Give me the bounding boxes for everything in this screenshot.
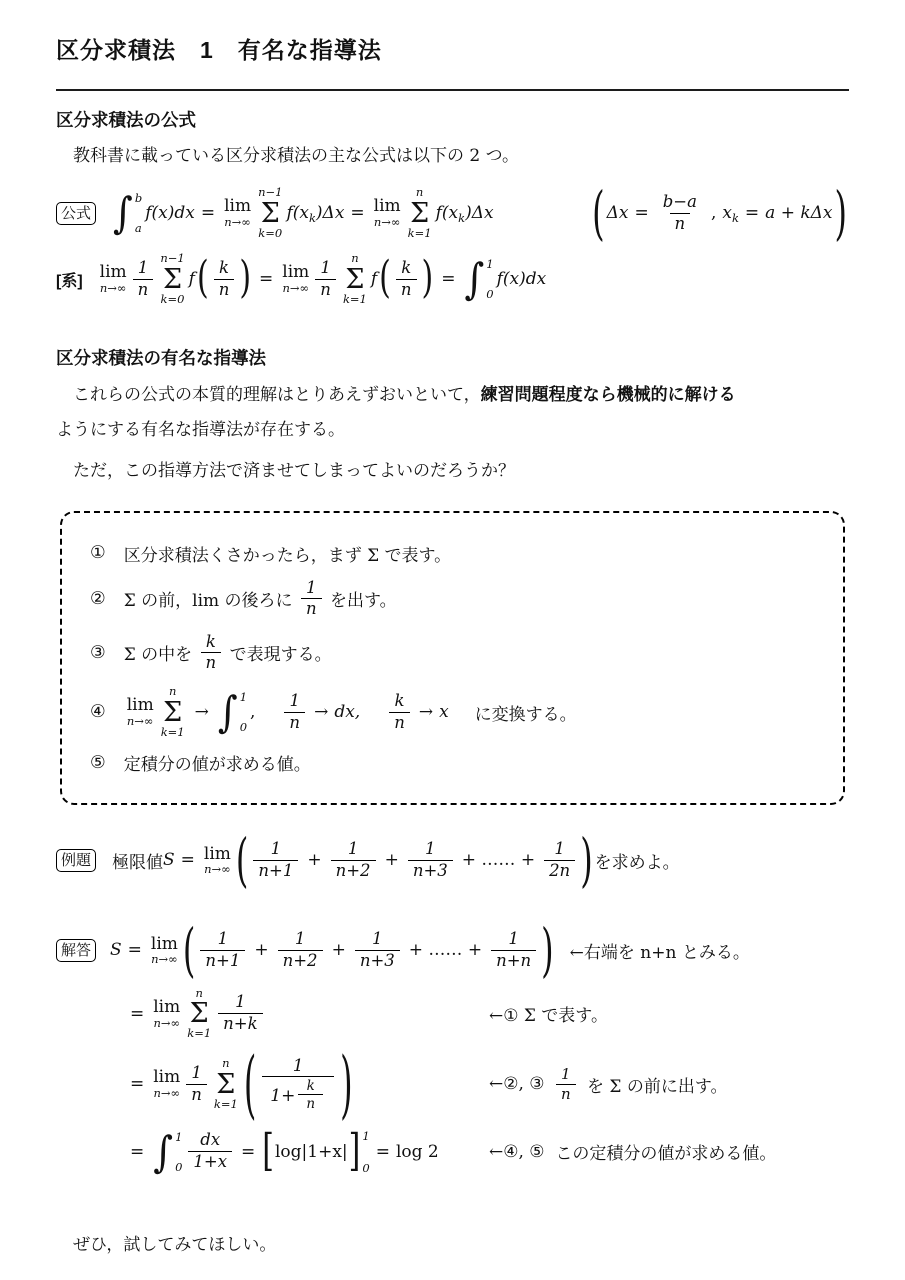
fraction: 1 n xyxy=(315,258,336,300)
equals-sign: = xyxy=(201,203,215,223)
page-title: 区分求積法 1 有名な指導法 xyxy=(56,32,849,65)
equals-sign: = xyxy=(259,269,273,289)
lim-symbol: lim n→∞ xyxy=(127,696,154,727)
fraction: dx 1+x xyxy=(188,1130,232,1172)
fraction-numerator: 1 xyxy=(213,929,234,950)
method-question: ただ，この指導方法で済ませてしまってよいのだろうか？ xyxy=(56,455,849,488)
term-subscript: k xyxy=(458,211,465,225)
step-item-4: ④ lim n→∞ n Σ k=1 → ∫ 1 0 xyxy=(90,686,815,738)
sum-symbol: n Σ k=1 xyxy=(161,686,185,738)
fraction-denominator: n+k xyxy=(218,1013,262,1035)
sigma-glyph: Σ xyxy=(190,999,209,1028)
fraction-numerator: 1 xyxy=(186,1063,207,1084)
f-var: f xyxy=(189,269,195,289)
sum-symbol: n−1 Σ k=0 xyxy=(258,187,282,239)
fraction: 1 n+n xyxy=(491,929,536,971)
plus-sign: + xyxy=(307,850,321,870)
example-lead: 極限値 xyxy=(112,848,163,873)
sum-lower: k=1 xyxy=(343,294,367,306)
integral-symbol: ∫ 1 0 xyxy=(153,1130,182,1174)
sigma-glyph: Σ xyxy=(345,265,364,294)
step-item-1: ① 区分求積法くさかったら，まず Σ で表す。 xyxy=(90,541,815,566)
integral-limits: b a xyxy=(135,191,142,235)
fraction: 1 n+1 xyxy=(200,929,245,971)
lim-symbol: lim n→∞ xyxy=(100,263,127,294)
fraction-numerator: k xyxy=(396,258,416,279)
fraction-numerator: 1 xyxy=(230,992,251,1013)
sum-lower: k=1 xyxy=(187,1028,211,1040)
method-paragraph-line1: これらの公式の本質的理解はとりあえずおいといて，練習問題程度なら機械的に解ける xyxy=(56,378,849,412)
fraction-numerator: 1 xyxy=(301,578,322,599)
step-text-tail: に変換する。 xyxy=(475,700,577,725)
equals-sign: = xyxy=(350,203,364,223)
x-var: x xyxy=(722,203,732,223)
circled-number-2: ② xyxy=(90,589,106,609)
sum-upper: n−1 xyxy=(160,253,184,265)
close-paren: ) xyxy=(239,257,251,301)
open-paren: ( xyxy=(183,922,195,980)
lim-word: lim xyxy=(151,935,178,954)
integral-upper: 1 xyxy=(486,257,493,271)
open-paren: ( xyxy=(236,831,248,889)
fraction: 1 n xyxy=(301,578,322,620)
fraction: k n xyxy=(214,258,235,300)
lim-under: n→∞ xyxy=(153,1087,180,1100)
answer-line-4: = ∫ 1 0 dx 1+x = [ log|1+x| ] 1 xyxy=(56,1129,849,1175)
integrand: f(x)dx xyxy=(497,269,547,289)
delta-x: Δx xyxy=(607,203,629,223)
sum-lower: k=1 xyxy=(214,1099,238,1111)
fraction: k n xyxy=(298,1079,323,1113)
open-bracket: [ xyxy=(262,1130,274,1174)
close-paren: ) xyxy=(340,1047,352,1121)
integral-limits: 1 0 xyxy=(175,1130,182,1174)
corollary-tag: [系] xyxy=(56,268,83,291)
fraction-numerator: 1 xyxy=(343,839,364,860)
condition-group: ( Δx = b−a n , xk = a + kΔx ) xyxy=(590,192,849,234)
integral-lower: a xyxy=(135,221,142,235)
plus-sign: + xyxy=(332,940,346,960)
fraction-numerator: k xyxy=(301,1079,321,1095)
fraction-denominator: 1+x xyxy=(188,1151,232,1173)
formula-tag: 公式 xyxy=(56,202,96,225)
close-paren: ) xyxy=(835,184,847,242)
step-item-5: ⑤ 定積分の値が求める値。 xyxy=(90,750,815,775)
lim-word: lim xyxy=(374,197,401,216)
sum-upper: n xyxy=(169,686,176,698)
sigma-glyph: Σ xyxy=(216,1070,235,1099)
equals-sign: = xyxy=(130,1074,144,1094)
step-text-post: で表現する。 xyxy=(224,640,331,665)
lim-word: lim xyxy=(153,998,180,1017)
integral-glyph: ∫ xyxy=(218,691,238,734)
fraction-denominator: n xyxy=(396,279,417,301)
fraction-numerator: 1 xyxy=(367,929,388,950)
intro-paragraph: 教科書に載っている区分求積法の主な公式は以下の 2 つ。 xyxy=(56,140,849,173)
answer-line-2: = lim n→∞ n Σ k=1 1 n+k ←① Σ で表す。 xyxy=(56,988,849,1040)
fraction: k n xyxy=(201,632,222,674)
term-subscript: k xyxy=(309,211,316,225)
fraction: b−a n xyxy=(658,192,702,234)
sigma-glyph: Σ xyxy=(163,265,182,294)
integral-limits: 1 0 xyxy=(240,690,247,734)
lim-word: lim xyxy=(127,696,154,715)
dx-token: dx, xyxy=(334,702,360,722)
fraction-numerator: 1 xyxy=(284,691,305,712)
sum-symbol: n Σ k=1 xyxy=(187,988,211,1040)
lim-symbol: lim n→∞ xyxy=(153,1068,180,1099)
fraction-denominator: n+1 xyxy=(253,860,298,882)
note-lead: ←②, ③ xyxy=(489,1074,550,1094)
fraction: k n xyxy=(396,258,417,300)
fraction-numerator: 1 xyxy=(420,839,441,860)
section-heading-formula: 区分求積法の公式 xyxy=(56,107,849,132)
fraction-numerator: dx xyxy=(195,1130,225,1151)
fraction-denominator: n+2 xyxy=(278,950,323,972)
sigma-glyph: Σ xyxy=(410,199,429,228)
answer-formula: S = lim n→∞ ( 1 n+1 + 1 n+2 + 1 xyxy=(110,929,556,971)
integral-lower: 0 xyxy=(175,1160,182,1174)
fraction-denominator: n+3 xyxy=(408,860,453,882)
step-text-pre: Σ の前，lim の後ろに xyxy=(124,586,298,611)
fraction-denominator: n xyxy=(389,712,410,734)
open-paren: ( xyxy=(379,257,391,301)
circled-number-1: ① xyxy=(90,543,106,563)
equals-sign: = xyxy=(181,850,195,870)
lim-symbol: lim n→∞ xyxy=(282,263,309,294)
lim-under: n→∞ xyxy=(100,282,127,295)
lim-under: n→∞ xyxy=(204,863,231,876)
fraction-numerator: 1 xyxy=(315,258,336,279)
step-item-2: ② Σ の前，lim の後ろに 1 n を出す。 xyxy=(90,578,815,620)
sum-upper: n−1 xyxy=(258,187,282,199)
sigma-glyph: Σ xyxy=(261,199,280,228)
sum-lower: k=1 xyxy=(408,228,432,240)
equals-sign: = xyxy=(376,1142,390,1162)
integral-upper: 1 xyxy=(175,1130,182,1144)
fraction-numerator: k xyxy=(214,258,234,279)
fraction-denominator: n xyxy=(214,279,235,301)
fraction-numerator: b−a xyxy=(658,192,702,213)
lim-symbol: lim n→∞ xyxy=(151,935,178,966)
equals-sign: = xyxy=(745,203,759,223)
example-tag: 例題 xyxy=(56,849,96,872)
fraction-denominator: n xyxy=(201,652,222,674)
answer-formula: = lim n→∞ n Σ k=1 1 n+k xyxy=(124,988,489,1040)
integral-upper: b xyxy=(135,191,142,205)
note-lead: ←④, ⑤ xyxy=(489,1142,550,1162)
steps-box: ① 区分求積法くさかったら，まず Σ で表す。 ② Σ の前，lim の後ろに … xyxy=(60,511,845,806)
term-post: )Δx xyxy=(465,203,494,223)
integral-symbol: ∫ 1 0 xyxy=(464,257,493,301)
bracket-limits: 1 0 xyxy=(362,1129,369,1175)
denominator-lead: 1+ xyxy=(270,1086,295,1106)
answer-line-3: = lim n→∞ 1 n n Σ k=1 ( 1 xyxy=(56,1056,849,1113)
annotation-note: ←右端を n+n とみる。 xyxy=(570,938,750,963)
s-var: S xyxy=(163,850,175,870)
example-tail: を求めよ。 xyxy=(595,848,680,873)
fraction: 1 n+2 xyxy=(331,839,376,881)
integral-lower: 0 xyxy=(240,720,247,734)
method-text-normal: これらの公式の本質的理解はとりあえずおいといて， xyxy=(73,385,481,405)
note-tail: この定積分の値が求める値。 xyxy=(550,1139,776,1164)
title-rule xyxy=(56,89,849,91)
fraction: k n xyxy=(389,691,410,733)
bracket-body: log|1+x| xyxy=(275,1142,348,1162)
nested-fraction: 1 1+ k n xyxy=(262,1056,334,1113)
integral-glyph: ∫ xyxy=(464,258,484,301)
term-pre: f(x xyxy=(286,203,309,223)
comma: , xyxy=(711,203,716,223)
s-var: S xyxy=(110,940,122,960)
plus-sign: + xyxy=(254,940,268,960)
fraction: 1 n+3 xyxy=(355,929,400,971)
integral-limits: 1 0 xyxy=(486,257,493,301)
lim-word: lim xyxy=(204,845,231,864)
lim-symbol: lim n→∞ xyxy=(374,197,401,228)
arrow-right: → xyxy=(195,702,209,722)
sum-upper: n xyxy=(416,187,423,199)
lim-under: n→∞ xyxy=(282,282,309,295)
fraction-denominator: n xyxy=(670,213,691,235)
open-paren: ( xyxy=(197,257,209,301)
bracket-upper: 1 xyxy=(362,1129,369,1143)
open-paren: ( xyxy=(592,184,604,242)
fraction-numerator: 1 xyxy=(133,258,154,279)
circled-number-4: ④ xyxy=(90,702,106,722)
answer-formula: = ∫ 1 0 dx 1+x = [ log|1+x| ] 1 xyxy=(124,1129,489,1175)
method-paragraph-line2: ようにする有名な指導法が存在する。 xyxy=(56,414,849,447)
close-paren: ) xyxy=(541,922,553,980)
ellipsis-plus: + …… + xyxy=(462,850,535,870)
fraction-denominator: n xyxy=(556,1084,576,1104)
fraction: 1 n+k xyxy=(218,992,262,1034)
sum-upper: n xyxy=(351,253,358,265)
fraction-numerator: 1 xyxy=(549,839,570,860)
fraction-denominator: n xyxy=(315,279,336,301)
equals-sign: = xyxy=(441,269,455,289)
sum-symbol: n Σ k=1 xyxy=(343,253,367,305)
fraction: 1 2n xyxy=(544,839,575,881)
fraction: 1 n+1 xyxy=(253,839,298,881)
integral-symbol: ∫ b a xyxy=(113,191,142,235)
lim-under: n→∞ xyxy=(374,216,401,229)
sum-lower: k=1 xyxy=(161,727,185,739)
fraction: 1 n+3 xyxy=(408,839,453,881)
fraction-denominator: 2n xyxy=(544,860,575,882)
sum-lower: k=0 xyxy=(258,228,282,240)
term-post: )Δx xyxy=(316,203,345,223)
circled-number-5: ⑤ xyxy=(90,753,106,773)
x-var: x xyxy=(439,702,449,722)
section-heading-method: 区分求積法の有名な指導法 xyxy=(56,345,849,370)
lim-word: lim xyxy=(282,263,309,282)
sigma-glyph: Σ xyxy=(163,698,182,727)
fraction-denominator: n xyxy=(133,279,154,301)
fraction: 1 n xyxy=(133,258,154,300)
equals-sign: = xyxy=(241,1142,255,1162)
arrow-right: → xyxy=(419,702,433,722)
fraction-numerator: 1 xyxy=(290,929,311,950)
close-paren: ) xyxy=(422,257,434,301)
note-tail: を Σ の前に出す。 xyxy=(582,1072,728,1097)
step-text: 区分求積法くさかったら，まず Σ で表す。 xyxy=(124,541,451,566)
fraction-numerator: 1 xyxy=(556,1065,576,1084)
document-page: 区分求積法 1 有名な指導法 区分求積法の公式 教科書に載っている区分求積法の主… xyxy=(0,0,905,1280)
step-text: 定積分の値が求める値。 xyxy=(124,750,311,775)
integral-upper: 1 xyxy=(240,690,247,704)
fraction-denominator: n xyxy=(284,712,305,734)
close-bracket: ] xyxy=(349,1130,361,1174)
sum-lower: k=0 xyxy=(161,294,185,306)
fraction-numerator: k xyxy=(201,632,221,653)
x-subscript: k xyxy=(732,211,739,225)
equals-sign: = xyxy=(130,1004,144,1024)
lim-symbol: lim n→∞ xyxy=(153,998,180,1029)
fraction-denominator: n+3 xyxy=(355,950,400,972)
fraction-numerator: 1 xyxy=(503,929,524,950)
close-paren: ) xyxy=(580,831,592,889)
answer-line-1: 解答 S = lim n→∞ ( 1 n+1 + 1 n+2 + xyxy=(56,929,849,971)
answer-tag: 解答 xyxy=(56,939,96,962)
annotation-note: ←① Σ で表す。 xyxy=(489,1001,608,1026)
answer-formula: = lim n→∞ 1 n n Σ k=1 ( 1 xyxy=(124,1056,489,1113)
fraction-denominator: n xyxy=(186,1084,207,1106)
bracket-lower: 0 xyxy=(362,1161,369,1175)
integral-glyph: ∫ xyxy=(153,1130,173,1173)
fraction-denominator: n xyxy=(298,1094,323,1113)
open-paren: ( xyxy=(244,1047,256,1121)
f-var: f xyxy=(371,269,377,289)
closing-paragraph: ぜひ，試してみてほしい。 xyxy=(56,1229,849,1262)
lim-under: n→∞ xyxy=(153,1017,180,1030)
equals-sign: = xyxy=(130,1142,144,1162)
fraction: 1 n xyxy=(186,1063,207,1105)
fraction-denominator: n+2 xyxy=(331,860,376,882)
fraction-numerator: 1 xyxy=(287,1056,310,1076)
lim-under: n→∞ xyxy=(127,715,154,728)
ellipsis-plus: + …… + xyxy=(409,940,482,960)
fraction-denominator: 1+ k n xyxy=(262,1076,334,1113)
lim-under: n→∞ xyxy=(224,216,251,229)
fraction-numerator: k xyxy=(390,691,410,712)
lim-word: lim xyxy=(224,197,251,216)
sum-upper: n xyxy=(222,1058,229,1070)
result-value: log 2 xyxy=(396,1142,439,1162)
plus-sign: + xyxy=(385,850,399,870)
sum-symbol: n Σ k=1 xyxy=(408,187,432,239)
method-text-bold: 練習問題程度なら機械的に解ける xyxy=(481,385,736,404)
fraction-denominator: n+n xyxy=(491,950,536,972)
term-pre: f(x xyxy=(436,203,459,223)
integral-glyph: ∫ xyxy=(113,192,133,235)
main-formula-row: 公式 ∫ b a f(x)dx = lim n→∞ n−1 Σ k=0 f(xk… xyxy=(56,187,849,239)
sum-symbol: n−1 Σ k=0 xyxy=(160,253,184,305)
equals-sign: = xyxy=(634,203,648,223)
integral-lower: 0 xyxy=(486,287,493,301)
fraction-denominator: n+1 xyxy=(200,950,245,972)
corollary-row: [系] lim n→∞ 1 n n−1 Σ k=0 f ( k n ) = li… xyxy=(56,253,849,305)
integrand: f(x)dx xyxy=(145,203,195,223)
comma: , xyxy=(250,702,255,722)
fraction: 1 n+2 xyxy=(278,929,323,971)
step-text-post: を出す。 xyxy=(325,586,397,611)
annotation-note: ←④, ⑤ この定積分の値が求める値。 xyxy=(489,1139,776,1164)
step-item-3: ③ Σ の中を k n で表現する。 xyxy=(90,632,815,674)
lim-under: n→∞ xyxy=(151,953,178,966)
example-row: 例題 極限値 S = lim n→∞ ( 1 n+1 + 1 n+2 + 1 n… xyxy=(56,839,849,881)
fraction: 1 n xyxy=(284,691,305,733)
lim-word: lim xyxy=(100,263,127,282)
lim-symbol: lim n→∞ xyxy=(204,845,231,876)
step-text-pre: Σ の中を xyxy=(124,640,198,665)
annotation-note: ←②, ③ 1 n を Σ の前に出す。 xyxy=(489,1065,727,1104)
condition-tail: a + kΔx xyxy=(765,203,832,223)
lim-word: lim xyxy=(153,1068,180,1087)
answer-block: 解答 S = lim n→∞ ( 1 n+1 + 1 n+2 + xyxy=(56,929,849,1174)
sum-symbol: n Σ k=1 xyxy=(214,1058,238,1110)
arrow-right: → xyxy=(314,702,328,722)
fraction-numerator: 1 xyxy=(266,839,287,860)
equals-sign: = xyxy=(128,940,142,960)
fraction-denominator: n xyxy=(301,598,322,620)
fraction: 1 n xyxy=(556,1065,576,1104)
integral-symbol: ∫ 1 0 xyxy=(218,690,247,734)
lim-symbol: lim n→∞ xyxy=(224,197,251,228)
circled-number-3: ③ xyxy=(90,643,106,663)
